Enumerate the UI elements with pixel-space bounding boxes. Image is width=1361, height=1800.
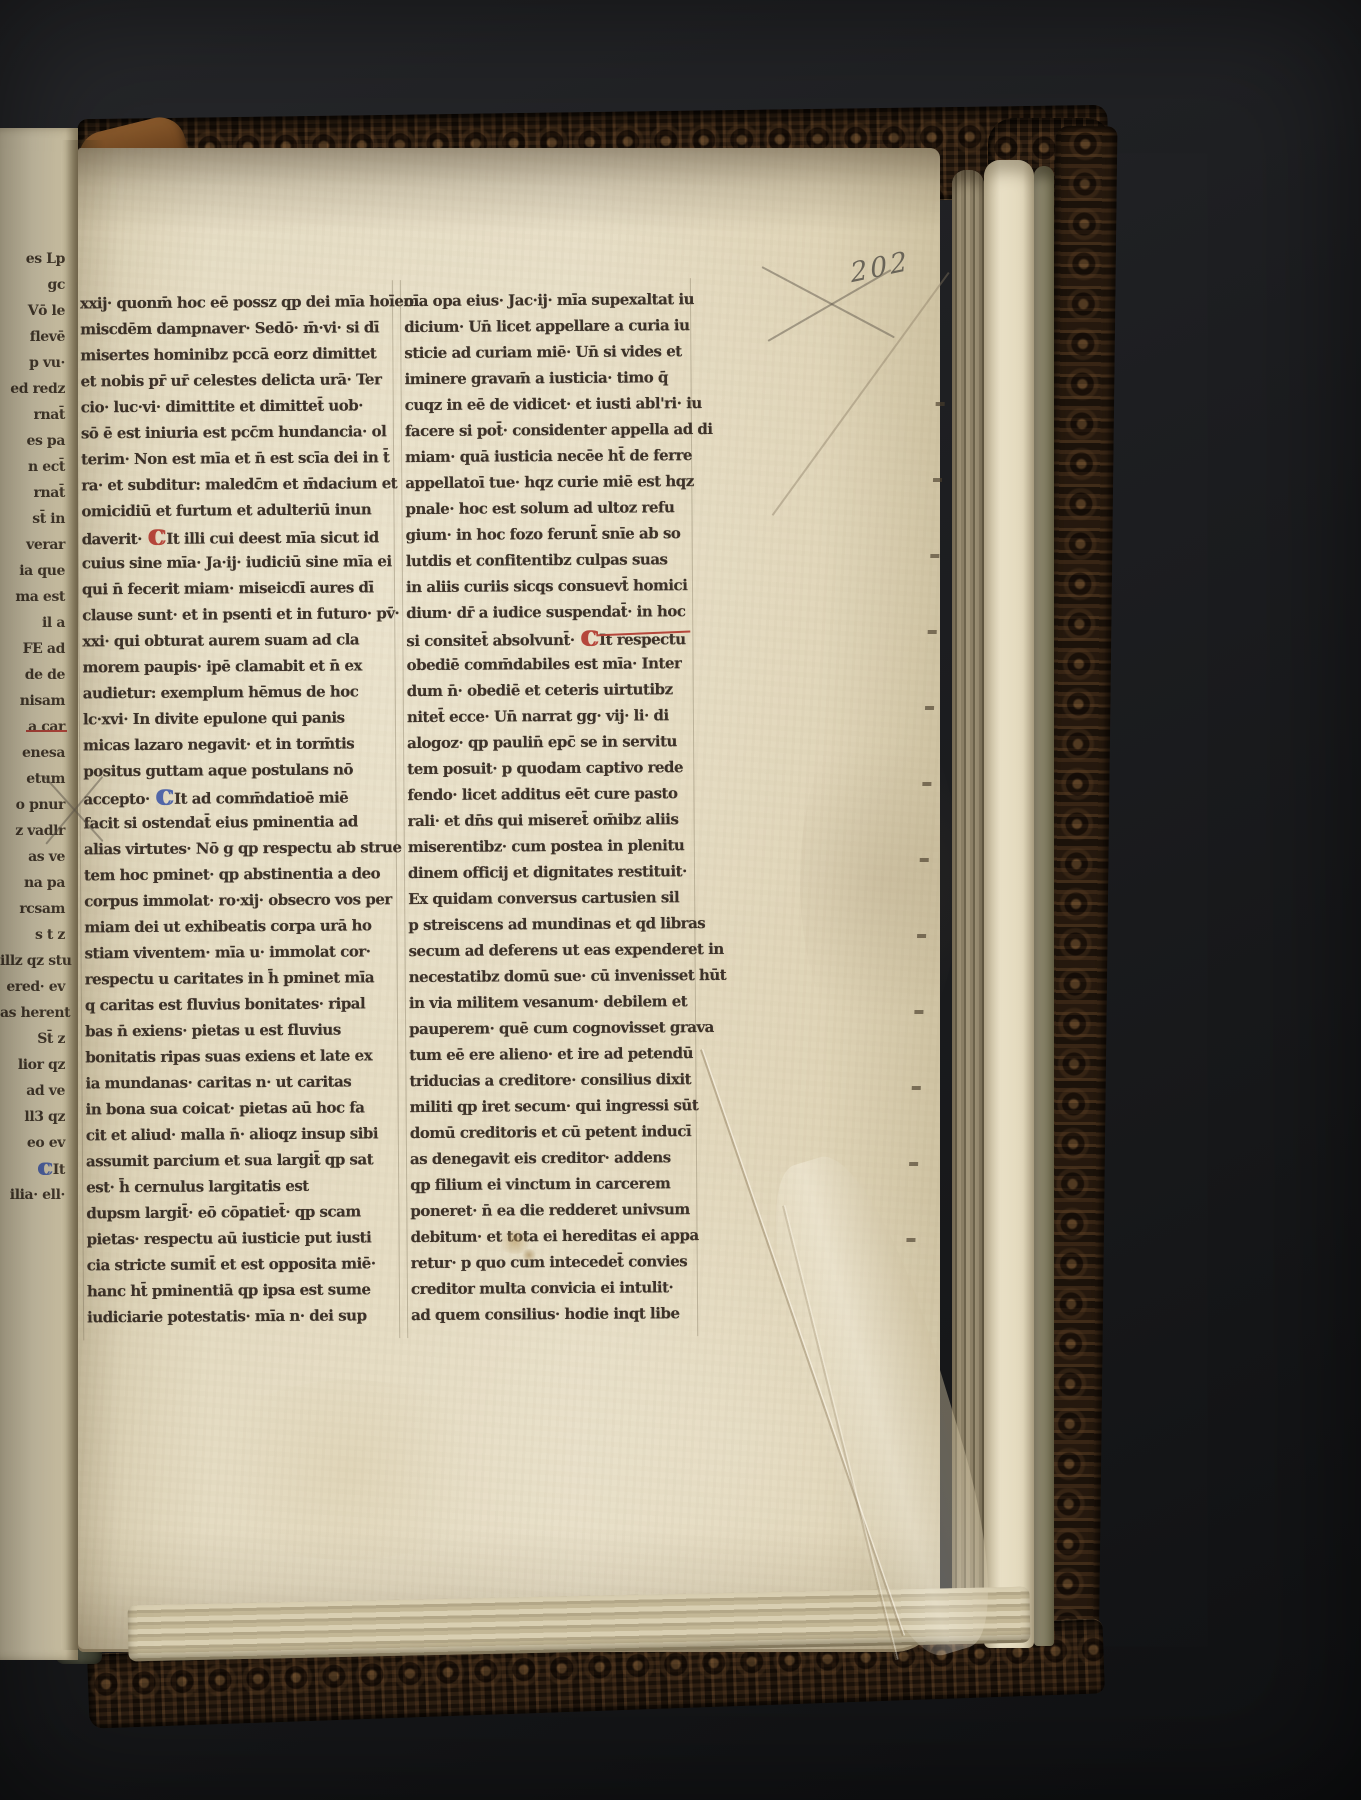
text-line: dupsm largit̄· eō cōpatiet̄· qp scam [86,1198,408,1226]
text-line: pietas· respectu aū iusticie put iusti [86,1224,408,1252]
text-segment: xxij· quonm̄ hoc eē possz qp dei mīa hoī… [80,292,419,312]
text-column-right: oīa opa eius· Jac·ij· mīa supexaltat iud… [404,286,711,1328]
text-segment: lc·xvi· In divite epulone qui panis [83,709,345,729]
text-line: accepto· CIt ad comm̄datioē miē [83,782,405,810]
text-segment: si consitet̄ absolvunt̄· [406,631,579,650]
text-segment: tem hoc pminet· qp abstinentia a deo [84,864,380,884]
text-segment: pauperem· quē cum cognovisset grava [409,1018,714,1038]
text-segment: miserentibz· cum postea in plenitu [408,836,685,856]
text-segment: accepto· [83,790,154,808]
text-segment: fendo· licet additus eēt cure pasto [407,784,677,804]
text-line: cit et aliud· malla n̄· alioqz insup sib… [86,1120,408,1148]
text-segment: dupsm largit̄· eō cōpatiet̄· qp scam [86,1202,360,1222]
text-segment: corpus immolat· ro·xij· obsecro vos per [84,890,392,910]
text-segment: It ad comm̄datioē miē [174,789,348,808]
text-line: stiam viventem· mīa u· immolat cor· [84,938,406,966]
text-segment: miam· quā iusticia necēe ht̄ de ferre [405,446,692,466]
text-segment: dinem officij et dignitates restituit· [408,862,687,882]
text-segment: positus guttam aque postulans nō [83,760,353,780]
text-line: ad quem consilius· hodie inqt libe [411,1300,711,1328]
text-line: audietur: exemplum hēmus de hoc [83,678,405,706]
text-line: tum eē ere alieno· et ire ad petendū [409,1040,709,1068]
text-line: qp filium ei vinctum in carcerem [410,1170,710,1198]
text-segment: in via militem vesanum· debilem et [409,992,687,1012]
text-segment: hanc ht̄ pminentiā qp ipsa est sume [87,1280,371,1300]
text-segment: ra· et subditur: maledc̄m et m̄dacium et [81,474,397,494]
text-segment: ia mundanas· caritas n· ut caritas [85,1072,351,1092]
text-segment: poneret· n̄ ea die redderet univsum [410,1200,689,1220]
text-line: si consitet̄ absolvunt̄· CIt respectu [406,624,706,652]
text-line: cuius sine mīa· Ja·ij· iudiciū sine mīa … [82,548,404,576]
text-line: gium· in hoc fozo ferunt̄ snīe ab so [406,520,706,548]
text-segment: cit et aliud· malla n̄· alioqz insup sib… [86,1124,378,1144]
text-line: morem paupis· ipē clamabit et n̄ ex [82,652,404,680]
text-line: alogoz· qp paulin̄ epc̄ se in servitu [407,728,707,756]
text-segment: rali· et dn̄s qui miseret̄ om̄ibz aliis [408,810,679,830]
text-segment: xxi· qui obturat aurem suam ad cla [82,630,359,650]
text-segment: cia stricte sumit̄ et est opposita miē· [87,1254,376,1274]
text-segment: necestatibz domū sue· cū invenisset hūt [409,966,727,986]
text-column-left: xxij· quonm̄ hoc eē possz qp dei mīa hoī… [80,288,409,1330]
text-line: pauperem· quē cum cognovisset grava [409,1014,709,1042]
text-segment: miscdēm dampnaver· Sedō· m̄·vi· si dī [80,318,379,338]
text-line: in bona sua coicat· pietas aū hoc fa [86,1094,408,1122]
text-line: dicium· Un̄ licet appellare a curia iu [404,312,704,340]
text-line: positus guttam aque postulans nō [83,756,405,784]
text-segment: debitum· et tota ei hereditas ei appa [410,1226,698,1246]
text-line: lutdis et confitentibz culpas suas [406,546,706,574]
text-segment: qui n̄ fecerit miam· miseicdī aures dī [82,578,374,598]
text-segment: dum n̄· obediē et ceteris uirtutibz [407,680,673,700]
text-line: p streiscens ad mundinas et qd libras [408,910,708,938]
text-segment: misertes hominibz pccā eorz dimittet [80,344,376,364]
ink-stain [521,1249,537,1261]
text-line: as denegavit eis creditor· addens [410,1144,710,1172]
text-segment: iudiciarie potestatis· mīa n· dei sup [87,1306,367,1326]
text-line: qui n̄ fecerit miam· miseicdī aures dī [82,574,404,602]
text-segment: terim· Non est mīa et n̄ est scīa dei in… [81,448,389,468]
text-line: ia mundanas· caritas n· ut caritas [85,1068,407,1096]
text-line: et nobis pr̄ ur̄ celestes delicta urā· T… [80,366,402,394]
text-line: dinem officij et dignitates restituit· [408,858,708,886]
text-line: nitet̄ ecce· Un̄ narrat gg· vij· li· di [407,702,707,730]
text-line: xxi· qui obturat aurem suam ad cla [82,626,404,654]
text-line: necestatibz domū sue· cū invenisset hūt [409,962,709,990]
text-line: facere si pot̄· considenter appella ad d… [405,416,705,444]
text-segment: creditor multa convicia ei intulit· [411,1278,673,1298]
text-segment: cuius sine mīa· Ja·ij· iudiciū sine mīa … [82,552,392,572]
text-line: cio· luc·vi· dimittite et dimittet̄ uob· [81,392,403,420]
text-segment: bas n̄ exiens· pietas u est fluvius [85,1021,341,1041]
text-segment: morem paupis· ipē clamabit et n̄ ex [82,656,361,676]
text-line: assumit parcium et sua largit̄ qp sat [86,1146,408,1174]
text-segment: triducias a creditore· consilius dixit [409,1070,691,1090]
text-line: bas n̄ exiens· pietas u est fluvius [85,1016,407,1044]
text-line: micas lazaro negavit· et in torm̄tis [83,730,405,758]
text-line: appellatoī tue· hqz curie miē est hqz [405,468,705,496]
text-segment: lutdis et confitentibz culpas suas [406,550,668,570]
text-segment: in aliis curiis sicqs consuevt̄ homici [406,576,687,596]
text-line: omicidiū et furtum et adulteriū inun [81,496,403,524]
text-line: iudiciarie potestatis· mīa n· dei sup [87,1302,409,1330]
text-line: fendo· licet additus eēt cure pasto [407,780,707,808]
text-segment: secum ad deferens ut eas expenderet in [408,940,723,960]
text-line: tem posuit· p quodam captivo rede [407,754,707,782]
text-segment: cio· luc·vi· dimittite et dimittet̄ uob· [81,396,363,416]
text-line: poneret· n̄ ea die redderet univsum [410,1196,710,1224]
text-line: creditor multa convicia ei intulit· [411,1274,711,1302]
text-segment: facit si ostendat̄ eius pminentia ad [84,812,358,832]
text-line: sticie ad curiam miē· Un̄ si vides et [404,338,704,366]
text-line: terim· Non est mīa et n̄ est scīa dei in… [81,444,403,472]
text-line: domū creditoris et cū petent inducī [410,1118,710,1146]
text-segment: appellatoī tue· hqz curie miē est hqz [405,472,694,492]
text-segment: clause sunt· et in psenti et in futuro· … [82,604,399,624]
text-segment: facere si pot̄· considenter appella ad d… [405,420,713,440]
text-line: cia stricte sumit̄ et est opposita miē· [87,1250,409,1278]
text-segment: It respectu [599,630,686,649]
text-line: retur· p quo cum intecedet̄ convies [411,1248,711,1276]
text-segment: militi qp iret secum· qui ingressi sūt [410,1096,699,1116]
text-segment: tem posuit· p quodam captivo rede [407,758,683,778]
text-segment: omicidiū et furtum et adulteriū inun [81,500,371,520]
text-line: misertes hominibz pccā eorz dimittet [80,340,402,368]
text-segment: obediē comm̄dabiles est mīa· Inter [406,654,681,674]
text-segment: in bona sua coicat· pietas aū hoc fa [86,1098,365,1118]
text-line: alias virtutes· Nō g qp respectu ab stru… [84,834,406,862]
text-segment: et nobis pr̄ ur̄ celestes delicta urā· T… [80,370,381,390]
text-line: rali· et dn̄s qui miseret̄ om̄ibz aliis [408,806,708,834]
text-line: est· h̄ cernulus largitatis est [86,1172,408,1200]
capitulum-mark-red: C [147,525,167,550]
text-line: daverit· CIt illi cui deest mīa sicut id [82,522,404,550]
text-segment: sō ē est iniuria est pcc̄m hundancia· ol [81,422,386,442]
text-line: tem hoc pminet· qp abstinentia a deo [84,860,406,888]
text-segment: domū creditoris et cū petent inducī [410,1122,691,1142]
capitulum-mark-red: C [579,626,599,651]
text-segment: as denegavit eis creditor· addens [410,1148,671,1168]
text-segment: Ex quidam conversus cartusien sil [408,888,679,908]
text-segment: tum eē ere alieno· et ire ad petendū [409,1044,693,1064]
text-line: facit si ostendat̄ eius pminentia ad [84,808,406,836]
text-line: triducias a creditore· consilius dixit [409,1066,709,1094]
text-line: miam· quā iusticia necēe ht̄ de ferre [405,442,705,470]
text-segment: retur· p quo cum intecedet̄ convies [411,1252,688,1272]
text-segment: dicium· Un̄ licet appellare a curia iu [404,316,689,336]
text-segment: gium· in hoc fozo ferunt̄ snīe ab so [406,524,681,544]
text-line: clause sunt· et in psenti et in futuro· … [82,600,404,628]
text-line: bonitatis ripas suas exiens et late ex [85,1042,407,1070]
text-line: miam dei ut exhibeatis corpa urā ho [84,912,406,940]
text-segment: p streiscens ad mundinas et qd libras [408,914,705,934]
text-segment: audietur: exemplum hēmus de hoc [83,682,359,702]
text-line: militi qp iret secum· qui ingressi sūt [410,1092,710,1120]
text-segment: cuqz in eē de vidicet· et iusti abl'ri· … [405,394,702,414]
text-line: miserentibz· cum postea in plenitu [408,832,708,860]
text-segment: nitet̄ ecce· Un̄ narrat gg· vij· li· di [407,706,669,726]
text-line: miscdēm dampnaver· Sedō· m̄·vi· si dī [80,314,402,342]
text-segment: pietas· respectu aū iusticie put iusti [86,1228,371,1248]
text-segment: stiam viventem· mīa u· immolat cor· [84,942,370,962]
text-segment: ad quem consilius· hodie inqt libe [411,1304,679,1324]
text-line: in aliis curiis sicqs consuevt̄ homici [406,572,706,600]
text-segment: qp filium ei vinctum in carcerem [410,1174,670,1194]
text-line: q caritas est fluvius bonitates· ripal [85,990,407,1018]
text-line: secum ad deferens ut eas expenderet in [408,936,708,964]
text-line: iminere gravam̄ a iusticia· timo q̄ [404,364,704,392]
text-line: dum n̄· obediē et ceteris uirtutibz [407,676,707,704]
text-line: oīa opa eius· Jac·ij· mīa supexaltat iu [404,286,704,314]
text-line: dium· dr̄ a iudice suspendat̄· in hoc [406,598,706,626]
text-segment: oīa opa eius· Jac·ij· mīa supexaltat iu [404,290,694,310]
capitulum-mark-blue: C [154,785,174,810]
text-segment: daverit· [82,530,147,548]
text-segment: bonitatis ripas suas exiens et late ex [85,1046,372,1066]
text-line: debitum· et tota ei hereditas ei appa [410,1222,710,1250]
text-segment: dium· dr̄ a iudice suspendat̄· in hoc [406,602,685,622]
text-segment: assumit parcium et sua largit̄ qp sat [86,1150,373,1170]
text-segment: respectu u caritates in h̄ pminet mīa [85,968,375,988]
text-line: cuqz in eē de vidicet· et iusti abl'ri· … [405,390,705,418]
text-line: ra· et subditur: maledc̄m et m̄dacium et [81,470,403,498]
text-segment: sticie ad curiam miē· Un̄ si vides et [404,342,681,362]
text-segment: est· h̄ cernulus largitatis est [86,1177,309,1197]
text-line: obediē comm̄dabiles est mīa· Inter [406,650,706,678]
text-segment: alias virtutes· Nō g qp respectu ab stru… [84,838,402,858]
text-line: Ex quidam conversus cartusien sil [408,884,708,912]
text-line: in via militem vesanum· debilem et [409,988,709,1016]
text-segment: q caritas est fluvius bonitates· ripal [85,994,365,1014]
text-line: sō ē est iniuria est pcc̄m hundancia· ol [81,418,403,446]
text-line: lc·xvi· In divite epulone qui panis [83,704,405,732]
text-segment: It illi cui deest mīa sicut id [166,528,378,547]
manuscript-photo: es LpgcVō leflevēp vu·ed redzrnat̄es pan… [0,0,1361,1800]
text-segment: miam dei ut exhibeatis corpa urā ho [84,916,371,936]
text-segment: alogoz· qp paulin̄ epc̄ se in servitu [407,732,677,752]
text-line: hanc ht̄ pminentiā qp ipsa est sume [87,1276,409,1304]
page-edge-stack-gray [1034,166,1054,1646]
text-line: xxij· quonm̄ hoc eē possz qp dei mīa hoī… [80,288,402,316]
text-line: corpus immolat· ro·xij· obsecro vos per [84,886,406,914]
text-line: pnale· hoc est solum ad ultoz refu [405,494,705,522]
text-segment: iminere gravam̄ a iusticia· timo q̄ [404,368,667,388]
text-segment: pnale· hoc est solum ad ultoz refu [405,498,674,518]
text-line: respectu u caritates in h̄ pminet mīa [85,964,407,992]
text-segment: micas lazaro negavit· et in torm̄tis [83,734,354,754]
